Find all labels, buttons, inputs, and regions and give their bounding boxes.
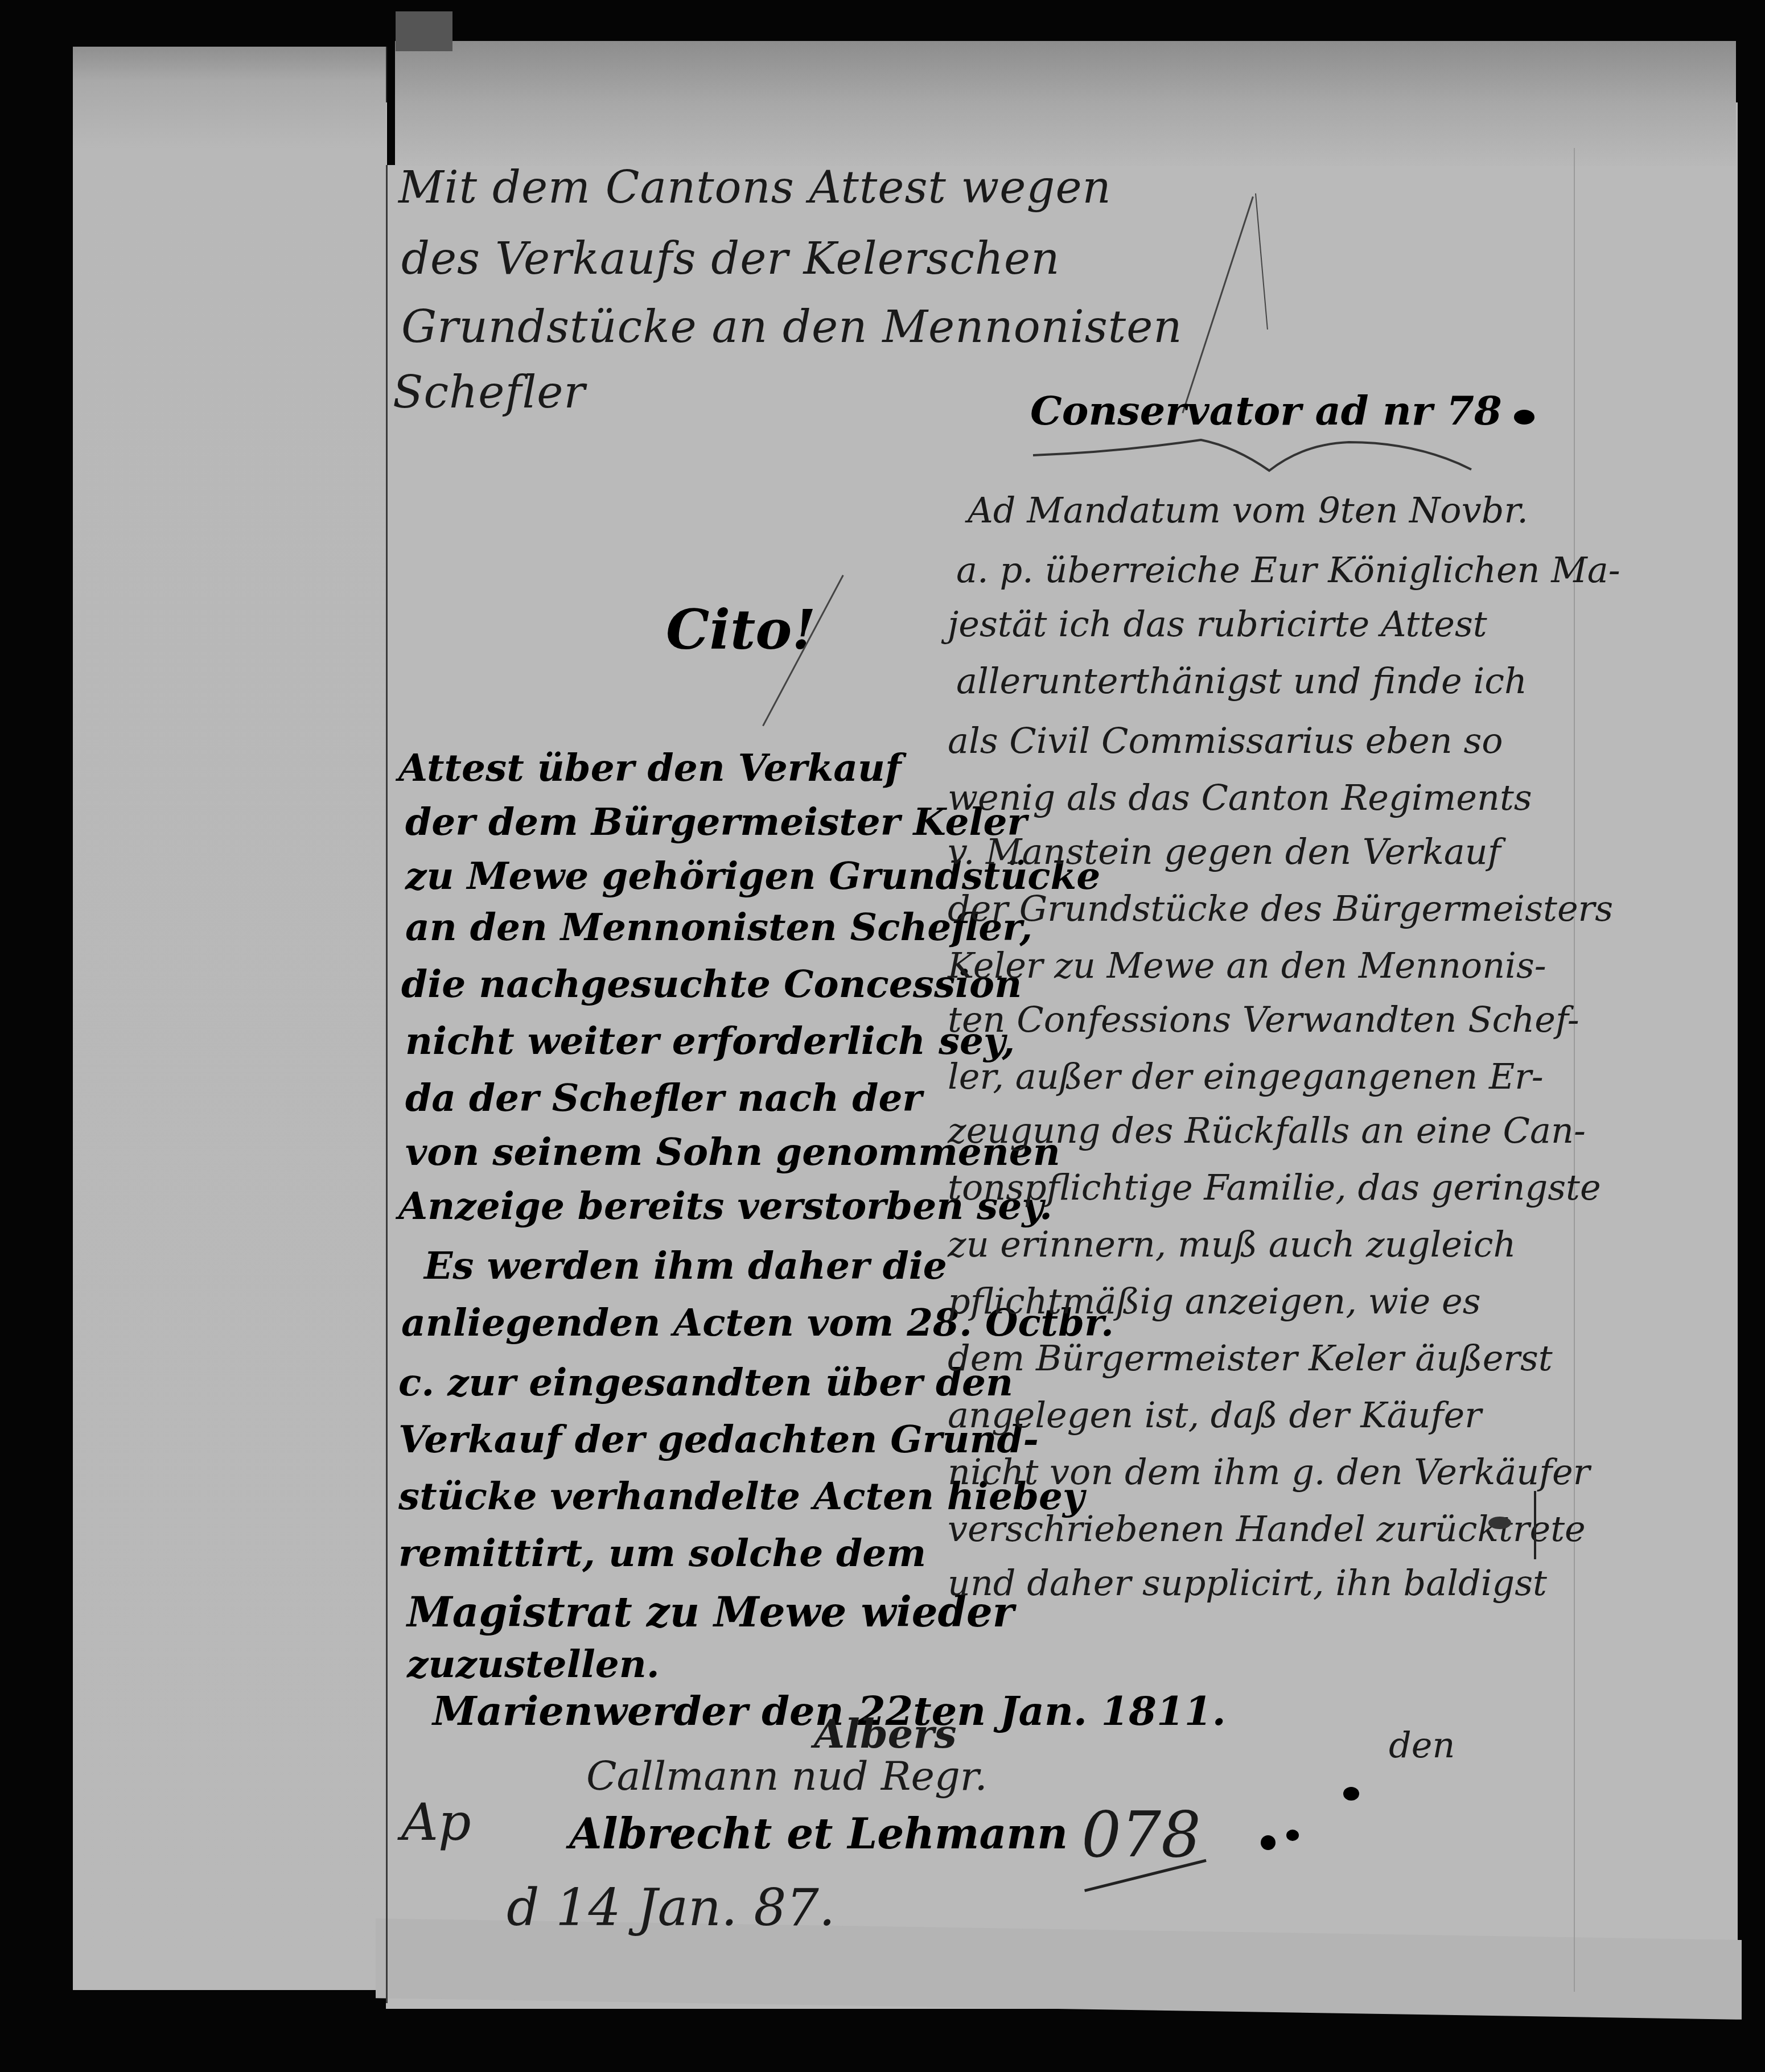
catchword: den — [1389, 1724, 1455, 1766]
right-line-15: pflichtmäßig anzeigen, wie es — [948, 1280, 1480, 1322]
right-line-19: verschriebenen Handel zurücktrete — [948, 1508, 1586, 1550]
document-number: 078 — [1081, 1798, 1201, 1871]
left-margin-fold-line — [386, 165, 388, 2003]
ink-dot-3 — [1286, 1830, 1299, 1841]
ink-smudge — [1488, 1517, 1511, 1529]
right-line-10: ten Confessions Verwandten Schef- — [948, 999, 1579, 1040]
signature-albers: Albers — [814, 1710, 957, 1757]
left-line-7: da der Schefler nach der — [405, 1076, 922, 1120]
right-line-16: dem Bürgermeister Keler äußerst — [948, 1337, 1553, 1379]
bracket-mark — [1534, 1491, 1536, 1559]
date-note: d 14 Jan. 87. — [507, 1878, 835, 1938]
right-line-20: und daher supplicirt, ihn baldigst — [948, 1562, 1547, 1604]
header-line-2: des Verkaufs der Kelerschen — [401, 233, 1060, 285]
right-line-18: nicht von dem ihm g. den Verkäufer — [948, 1451, 1590, 1493]
left-line-5: die nachgesuchte Concession — [401, 962, 1022, 1006]
left-line-12: c. zur eingesandten über den — [398, 1360, 1013, 1404]
heading-underline-flourish — [1030, 435, 1474, 475]
right-line-11: ler, außer der eingegangenen Er- — [948, 1056, 1544, 1097]
right-line-3: jestät ich das rubricirte Attest — [948, 603, 1487, 645]
right-line-8: der Grundstücke des Bürgermeisters — [948, 888, 1613, 929]
signature-line-3: Albrecht et Lehmann — [569, 1810, 1068, 1859]
ink-blot — [1514, 410, 1534, 425]
left-line-15: remittirt, um solche dem — [398, 1531, 926, 1575]
right-line-9: Keler zu Mewe an den Mennonis- — [948, 945, 1546, 986]
right-heading: Conservator ad nr 78 — [1030, 387, 1502, 434]
signature-line-2: Callmann nud Regr. — [586, 1753, 988, 1799]
right-line-1: Ad Mandatum vom 9ten Novbr. — [968, 489, 1528, 531]
torn-corner — [396, 11, 452, 51]
right-line-14: zu erinnern, muß auch zugleich — [948, 1224, 1516, 1265]
left-line-6: nicht weiter erforderlich sey, — [405, 1019, 1015, 1063]
left-line-16: Magistrat zu Mewe wieder — [407, 1588, 1014, 1636]
right-line-7: v. Manstein gegen den Verkauf — [948, 831, 1501, 872]
right-line-12: zeugung des Rückfalls an eine Can- — [948, 1110, 1586, 1151]
right-line-13: tonspflichtige Familie, das geringste — [948, 1167, 1601, 1208]
left-line-4: an den Mennonisten Schefler, — [405, 905, 1032, 949]
right-line-4: allerunterthänigst und finde ich — [956, 660, 1527, 702]
left-line-1: Attest über den Verkauf — [398, 745, 901, 790]
header-line-1: Mit dem Cantons Attest wegen — [398, 162, 1112, 213]
header-line-4: Schefler — [393, 367, 586, 418]
header-line-3: Grundstücke an den Mennonisten — [401, 302, 1183, 353]
sheet-top-edge — [393, 41, 1736, 166]
right-line-5: als Civil Commissarius eben so — [948, 720, 1503, 761]
fold-gap — [387, 34, 395, 165]
abbrev-ap: Ap — [401, 1793, 471, 1852]
cito-label: Cito! — [666, 598, 816, 662]
right-margin-line — [1574, 148, 1575, 1992]
left-line-2: der dem Bürgermeister Keler — [405, 800, 1027, 844]
ink-dot-1 — [1343, 1787, 1359, 1801]
right-line-6: wenig als das Canton Regiments — [948, 777, 1532, 818]
right-line-2: a. p. überreiche Eur Königlichen Ma- — [956, 549, 1620, 591]
left-line-17: zuzustellen. — [407, 1642, 660, 1686]
left-line-13: Verkauf der gedachten Grund- — [398, 1417, 1039, 1461]
folded-paper-flap — [73, 47, 388, 1990]
ink-dot-2 — [1261, 1835, 1276, 1850]
right-line-17: angelegen ist, daß der Käufer — [948, 1394, 1482, 1436]
left-line-10: Es werden ihm daher die — [424, 1243, 947, 1288]
